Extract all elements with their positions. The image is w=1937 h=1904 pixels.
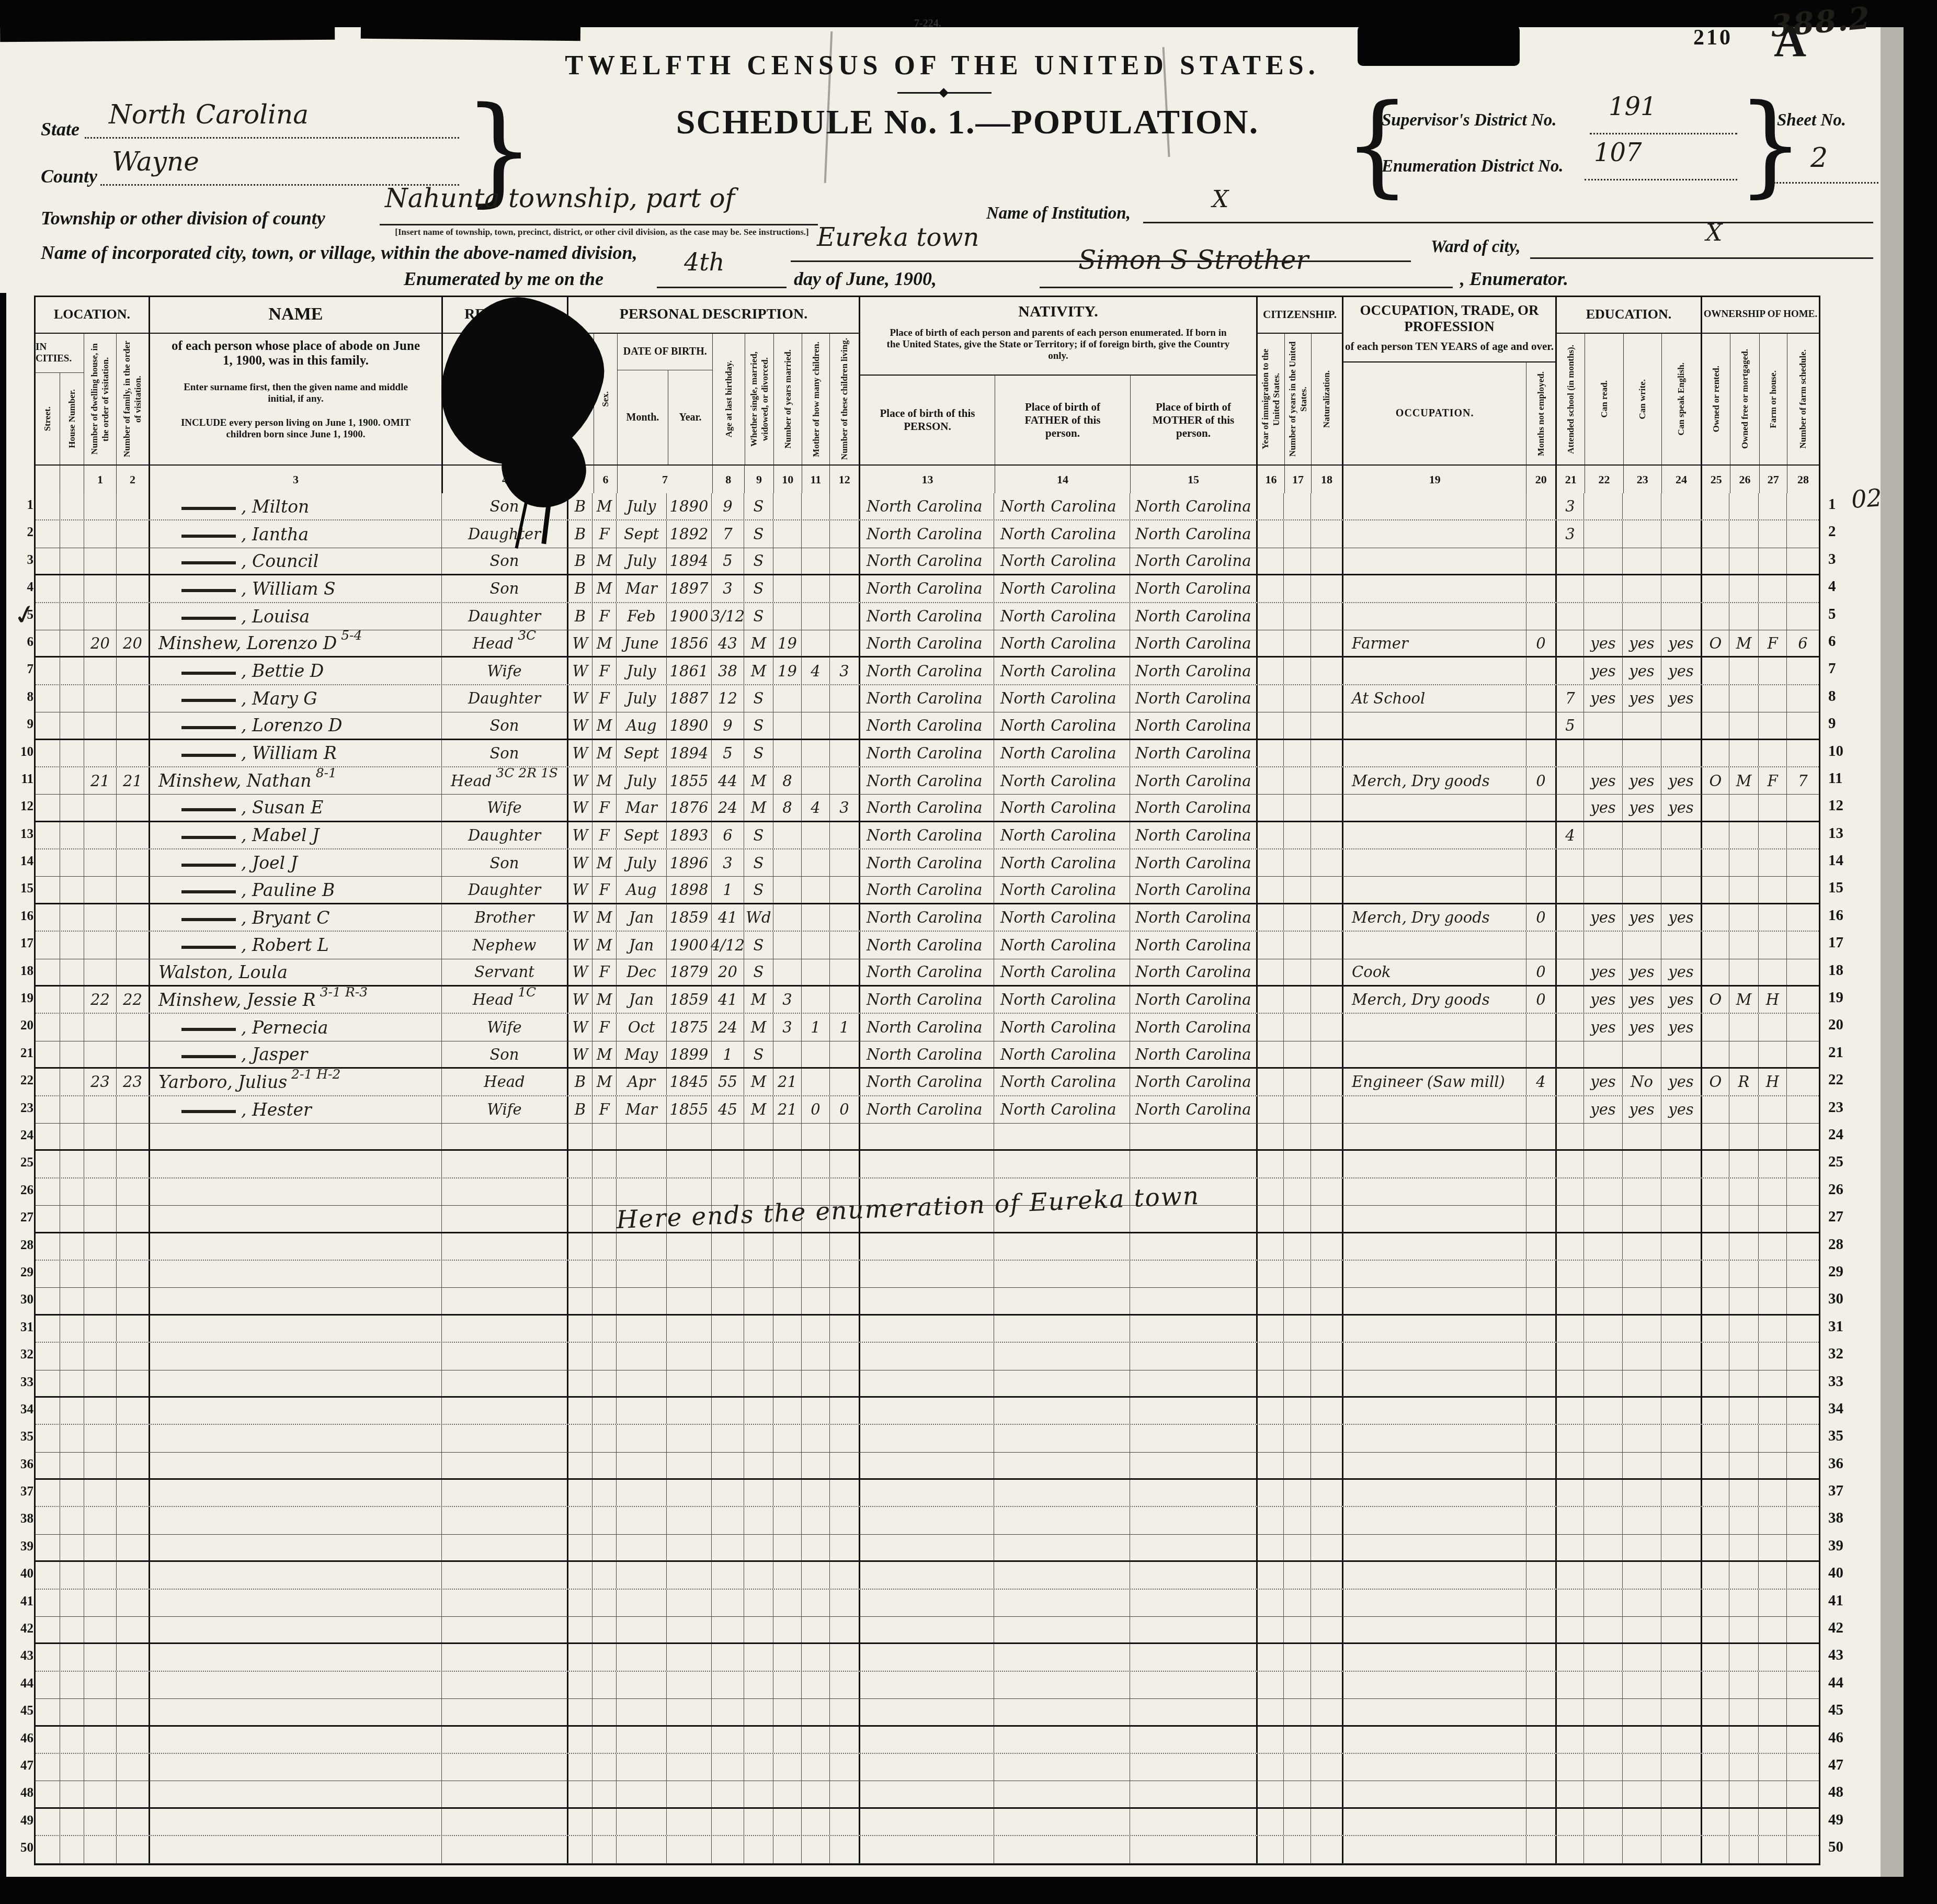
cell-own bbox=[1701, 1370, 1729, 1396]
cell-name: Yarboro, Julius2-1 H-2 bbox=[149, 1069, 441, 1095]
row-number: 8 bbox=[7, 684, 33, 711]
cell-en: yes bbox=[1661, 767, 1701, 794]
cell-mo bbox=[616, 1178, 666, 1205]
cell-mch bbox=[801, 685, 829, 712]
cell-st bbox=[36, 1453, 60, 1478]
cell-fam bbox=[116, 1754, 149, 1781]
cell-fs bbox=[1786, 1590, 1819, 1616]
cell-age bbox=[711, 1699, 744, 1725]
cell-mo bbox=[616, 1781, 666, 1807]
right-rownums: 1234567891011121314151617181920212223242… bbox=[1823, 491, 1852, 1861]
cell-c bbox=[567, 1343, 592, 1369]
cell-ms: S bbox=[744, 685, 773, 712]
cell-fh bbox=[1758, 520, 1786, 547]
cell-pb bbox=[859, 1233, 994, 1260]
enumerated-label: Enumerated by me on the bbox=[404, 268, 603, 290]
cell-c bbox=[567, 1151, 592, 1177]
cell-yus bbox=[1283, 1809, 1311, 1835]
cell-ym bbox=[773, 1398, 801, 1424]
cell-imm bbox=[1256, 877, 1283, 902]
cell-st bbox=[36, 1178, 60, 1205]
cell-age: 41 bbox=[711, 904, 744, 931]
cell-st bbox=[36, 1206, 60, 1231]
cell-cl bbox=[829, 1425, 859, 1452]
cell-nat bbox=[1311, 493, 1342, 519]
cell-pf bbox=[994, 1727, 1130, 1753]
cell-pb: North Carolina bbox=[859, 767, 994, 794]
cell-en bbox=[1661, 1370, 1701, 1396]
cell-pb bbox=[859, 1151, 994, 1177]
cell-st bbox=[36, 904, 60, 931]
cell-sch: 3 bbox=[1555, 520, 1583, 547]
cell-cl bbox=[829, 1699, 859, 1725]
cell-yr: 1845 bbox=[666, 1069, 711, 1095]
cell-nat bbox=[1311, 630, 1342, 656]
col-head-house-number: House Number. bbox=[66, 389, 77, 448]
col-head-age: Age at last birthday. bbox=[723, 360, 734, 437]
cell-s bbox=[592, 1699, 616, 1725]
row-number: 19 bbox=[1828, 984, 1852, 1011]
cell-fs bbox=[1786, 1041, 1819, 1067]
cell-rel: Servant bbox=[441, 959, 567, 985]
cell-fs bbox=[1786, 740, 1819, 766]
census-body: , MiltonSonBMJuly18909SNorth CarolinaNor… bbox=[36, 493, 1819, 1864]
cell-cl: 1 bbox=[829, 1014, 859, 1040]
cell-cl bbox=[829, 1398, 859, 1424]
cell-dw bbox=[84, 575, 116, 602]
cell-name: , Bettie D bbox=[149, 658, 441, 684]
cell-yr bbox=[666, 1672, 711, 1698]
cell-sch bbox=[1555, 1096, 1583, 1123]
cell-en bbox=[1661, 877, 1701, 902]
col-num-10: 10 bbox=[773, 466, 802, 493]
cell-nat bbox=[1311, 1781, 1342, 1807]
cell-pf bbox=[994, 1672, 1130, 1698]
cell-pf bbox=[994, 1343, 1130, 1369]
cell-rd bbox=[1583, 932, 1622, 958]
cell-en bbox=[1661, 520, 1701, 547]
cell-fh bbox=[1758, 1041, 1786, 1067]
cell-fam bbox=[116, 1644, 149, 1670]
cell-en bbox=[1661, 1644, 1701, 1670]
cell-s bbox=[592, 1206, 616, 1231]
cell-pm: North Carolina bbox=[1130, 849, 1256, 876]
cell-own bbox=[1701, 849, 1729, 876]
cell-rd: yes bbox=[1583, 658, 1622, 684]
cell-imm bbox=[1256, 1754, 1283, 1781]
cell-cl bbox=[829, 1041, 859, 1067]
cell-fh bbox=[1758, 685, 1786, 712]
cell-name bbox=[149, 1453, 441, 1478]
cell-occ bbox=[1342, 1535, 1526, 1560]
row-number: 36 bbox=[1828, 1450, 1852, 1477]
cell-c bbox=[567, 1590, 592, 1616]
cell-mo bbox=[616, 1233, 666, 1260]
cell-rel: Wife bbox=[441, 1014, 567, 1040]
cell-fs bbox=[1786, 1754, 1819, 1781]
cell-ym bbox=[773, 685, 801, 712]
cell-mo bbox=[616, 1754, 666, 1781]
cell-mne bbox=[1526, 712, 1555, 738]
table-row bbox=[36, 1727, 1819, 1754]
cell-en bbox=[1661, 1836, 1701, 1863]
cell-hn bbox=[60, 630, 84, 656]
table-row: , Robert LNephewWMJan19004/12SNorth Caro… bbox=[36, 932, 1819, 959]
cell-rel bbox=[441, 1453, 567, 1478]
cell-mtg bbox=[1729, 1178, 1758, 1205]
cell-hn bbox=[60, 1699, 84, 1725]
cell-st bbox=[36, 603, 60, 630]
cell-age: 44 bbox=[711, 767, 744, 794]
cell-own bbox=[1701, 1480, 1729, 1506]
col-head-pob-mother: Place of birth of MOTHER of this person. bbox=[1131, 401, 1256, 440]
cell-ym bbox=[773, 1644, 801, 1670]
cell-fs bbox=[1786, 1699, 1819, 1725]
cell-fh bbox=[1758, 1206, 1786, 1231]
cell-pf: North Carolina bbox=[994, 822, 1130, 848]
cell-own bbox=[1701, 932, 1729, 958]
cell-mtg bbox=[1729, 1507, 1758, 1534]
col-head-immigration: Year of immigration to the United States… bbox=[1260, 337, 1282, 461]
cell-st bbox=[36, 1425, 60, 1452]
cell-fs bbox=[1786, 795, 1819, 820]
cell-st bbox=[36, 1836, 60, 1863]
cell-age bbox=[711, 1507, 744, 1534]
right-margin-note: 02 bbox=[1850, 483, 1883, 514]
cell-en bbox=[1661, 1754, 1701, 1781]
cell-age: 7 bbox=[711, 520, 744, 547]
cell-ms bbox=[744, 1617, 773, 1642]
cell-mne: 0 bbox=[1526, 630, 1555, 656]
cell-pf bbox=[994, 1535, 1130, 1560]
cell-sch bbox=[1555, 1699, 1583, 1725]
cell-nat bbox=[1311, 877, 1342, 902]
cell-pb: North Carolina bbox=[859, 548, 994, 574]
cell-pm bbox=[1130, 1261, 1256, 1287]
row-number: 36 bbox=[7, 1451, 33, 1478]
cell-c bbox=[567, 1644, 592, 1670]
cell-fam bbox=[116, 1809, 149, 1835]
row-number: 31 bbox=[1828, 1313, 1852, 1340]
cell-age: 38 bbox=[711, 658, 744, 684]
cell-dw: 21 bbox=[84, 767, 116, 794]
row-number: 11 bbox=[7, 766, 33, 793]
cell-age bbox=[711, 1370, 744, 1396]
cell-name: , Pernecia bbox=[149, 1014, 441, 1040]
cell-mch bbox=[801, 959, 829, 985]
row-number: 24 bbox=[7, 1122, 33, 1149]
cell-occ bbox=[1342, 877, 1526, 902]
cell-occ bbox=[1342, 1343, 1526, 1369]
cell-c bbox=[567, 1699, 592, 1725]
form-code: 7-224. bbox=[914, 18, 941, 30]
cell-hn bbox=[60, 877, 84, 902]
name-desc-1: of each person whose place of abode on J… bbox=[150, 334, 441, 368]
col-num-22: 22 bbox=[1585, 466, 1623, 493]
institution-line bbox=[1143, 222, 1873, 223]
cell-pm bbox=[1130, 1644, 1256, 1670]
cell-mtg bbox=[1729, 520, 1758, 547]
cell-mne bbox=[1526, 685, 1555, 712]
cell-imm bbox=[1256, 1480, 1283, 1506]
cell-fam bbox=[116, 1480, 149, 1506]
cell-mo bbox=[616, 1480, 666, 1506]
cell-mch bbox=[801, 932, 829, 958]
cell-pf bbox=[994, 1809, 1130, 1835]
row-number: 26 bbox=[1828, 1176, 1852, 1203]
cell-age bbox=[711, 1781, 744, 1807]
cell-s: F bbox=[592, 520, 616, 547]
cell-yr bbox=[666, 1453, 711, 1478]
cell-ym: 19 bbox=[773, 630, 801, 656]
cell-mne bbox=[1526, 1507, 1555, 1534]
cell-en: yes bbox=[1661, 630, 1701, 656]
cell-hn bbox=[60, 1727, 84, 1753]
cell-pb bbox=[859, 1288, 994, 1313]
cell-s: M bbox=[592, 548, 616, 574]
ward-value: X bbox=[1706, 220, 1722, 246]
cell-rel: Head3C bbox=[441, 630, 567, 656]
section-ownership: OWNERSHIP OF HOME. Owned or rented. Owne… bbox=[1701, 297, 1819, 493]
cell-yus bbox=[1283, 1562, 1311, 1588]
cell-rd bbox=[1583, 575, 1622, 602]
cell-fh bbox=[1758, 1562, 1786, 1588]
cell-imm bbox=[1256, 1041, 1283, 1067]
cell-pb bbox=[859, 1480, 994, 1506]
row-number: 26 bbox=[7, 1177, 33, 1204]
cell-wr bbox=[1622, 1590, 1661, 1616]
row-number: 8 bbox=[1828, 683, 1852, 710]
cell-nat bbox=[1311, 1370, 1342, 1396]
cell-mne bbox=[1526, 493, 1555, 519]
cell-name: , Council bbox=[149, 548, 441, 574]
cell-cl bbox=[829, 1754, 859, 1781]
cell-en bbox=[1661, 575, 1701, 602]
cell-mne bbox=[1526, 932, 1555, 958]
cell-fam bbox=[116, 1316, 149, 1342]
cell-occ bbox=[1342, 1288, 1526, 1313]
cell-rd bbox=[1583, 877, 1622, 902]
cell-rel: Head bbox=[441, 1069, 567, 1095]
cell-imm bbox=[1256, 1178, 1283, 1205]
cell-name bbox=[149, 1124, 441, 1149]
cell-fs bbox=[1786, 1316, 1819, 1342]
cell-ym bbox=[773, 1370, 801, 1396]
cell-rel: Head3C 2R 1S bbox=[441, 767, 567, 794]
col-num-13: 13 bbox=[860, 466, 995, 493]
cell-yr bbox=[666, 1809, 711, 1835]
cell-yus bbox=[1283, 1480, 1311, 1506]
cell-yus bbox=[1283, 1507, 1311, 1534]
cell-pm bbox=[1130, 1425, 1256, 1452]
col-head-pob-father: Place of birth of FATHER of this person. bbox=[995, 401, 1130, 440]
cell-pm: North Carolina bbox=[1130, 685, 1256, 712]
cell-c bbox=[567, 1836, 592, 1863]
cell-nat bbox=[1311, 1398, 1342, 1424]
cell-rel: Daughter bbox=[441, 877, 567, 902]
cell-wr bbox=[1622, 1754, 1661, 1781]
cell-age: 6 bbox=[711, 822, 744, 848]
cell-mtg bbox=[1729, 1124, 1758, 1149]
table-row bbox=[36, 1151, 1819, 1178]
cell-imm bbox=[1256, 548, 1283, 574]
cell-imm bbox=[1256, 1288, 1283, 1313]
cell-fam bbox=[116, 1507, 149, 1534]
cell-yus bbox=[1283, 795, 1311, 820]
cell-rel bbox=[441, 1288, 567, 1313]
table-row: 2020Minshew, Lorenzo D5-4Head3CWMJune185… bbox=[36, 630, 1819, 658]
cell-st bbox=[36, 1069, 60, 1095]
cell-fh bbox=[1758, 1644, 1786, 1670]
row-number: 44 bbox=[7, 1670, 33, 1697]
cell-yus bbox=[1283, 822, 1311, 848]
cell-c: W bbox=[567, 877, 592, 902]
row-number: 45 bbox=[7, 1697, 33, 1725]
cell-sch bbox=[1555, 1288, 1583, 1313]
col-head-school: Attended school (in months). bbox=[1565, 345, 1576, 454]
cell-rd bbox=[1583, 1233, 1622, 1260]
cell-fh: H bbox=[1758, 987, 1786, 1013]
cell-pb bbox=[859, 1370, 994, 1396]
col-head-sex: Sex. bbox=[600, 391, 611, 407]
cell-pf: North Carolina bbox=[994, 959, 1130, 985]
cell-wr: yes bbox=[1622, 987, 1661, 1013]
cell-fh bbox=[1758, 1809, 1786, 1835]
cell-own bbox=[1701, 1781, 1729, 1807]
cell-fs: 7 bbox=[1786, 767, 1819, 794]
cell-mtg bbox=[1729, 1206, 1758, 1231]
cell-hn bbox=[60, 1124, 84, 1149]
enumeration-label: Enumeration District No. bbox=[1382, 157, 1563, 176]
cell-age bbox=[711, 1836, 744, 1863]
cell-ms: S bbox=[744, 520, 773, 547]
cell-hn bbox=[60, 1288, 84, 1313]
cell-sch bbox=[1555, 877, 1583, 902]
cell-mne bbox=[1526, 1617, 1555, 1642]
cell-occ: Engineer (Saw mill) bbox=[1342, 1069, 1526, 1095]
cell-mo: June bbox=[616, 630, 666, 656]
cell-st bbox=[36, 1041, 60, 1067]
cell-occ bbox=[1342, 1727, 1526, 1753]
cell-dw bbox=[84, 1480, 116, 1506]
cell-fh bbox=[1758, 1370, 1786, 1396]
row-number: 21 bbox=[7, 1040, 33, 1067]
cell-occ bbox=[1342, 1809, 1526, 1835]
col-num-28: 28 bbox=[1787, 466, 1819, 493]
cell-wr bbox=[1622, 932, 1661, 958]
table-row bbox=[36, 1699, 1819, 1726]
cell-s: M bbox=[592, 740, 616, 766]
cell-pb bbox=[859, 1809, 994, 1835]
cell-mne bbox=[1526, 1562, 1555, 1588]
cell-pb bbox=[859, 1124, 994, 1149]
cell-sch bbox=[1555, 630, 1583, 656]
supervisor-label: Supervisor's District No. bbox=[1382, 111, 1557, 130]
cell-occ: Merch, Dry goods bbox=[1342, 904, 1526, 931]
cell-en: yes bbox=[1661, 685, 1701, 712]
cell-age bbox=[711, 1809, 744, 1835]
cell-wr: yes bbox=[1622, 904, 1661, 931]
cell-c bbox=[567, 1124, 592, 1149]
cell-wr bbox=[1622, 493, 1661, 519]
cell-rd bbox=[1583, 548, 1622, 574]
cell-dw bbox=[84, 1699, 116, 1725]
cell-rd bbox=[1583, 1727, 1622, 1753]
cell-ym bbox=[773, 1453, 801, 1478]
cell-yus bbox=[1283, 630, 1311, 656]
cell-fs bbox=[1786, 1425, 1819, 1452]
cell-wr bbox=[1622, 603, 1661, 630]
cell-fam bbox=[116, 1398, 149, 1424]
cell-nat bbox=[1311, 1535, 1342, 1560]
cell-s bbox=[592, 1425, 616, 1452]
cell-mtg bbox=[1729, 1096, 1758, 1123]
cell-fs bbox=[1786, 932, 1819, 958]
cell-yus bbox=[1283, 1699, 1311, 1725]
cell-ym bbox=[773, 1672, 801, 1698]
cell-age: 5 bbox=[711, 548, 744, 574]
cell-rd bbox=[1583, 520, 1622, 547]
cell-s: M bbox=[592, 630, 616, 656]
cell-mne bbox=[1526, 658, 1555, 684]
cell-name: , Mabel J bbox=[149, 822, 441, 848]
cell-st bbox=[36, 767, 60, 794]
cell-st bbox=[36, 1233, 60, 1260]
cell-st bbox=[36, 795, 60, 820]
col-num-25: 25 bbox=[1702, 466, 1730, 493]
cell-cl bbox=[829, 1672, 859, 1698]
cell-hn bbox=[60, 932, 84, 958]
cell-yus bbox=[1283, 1754, 1311, 1781]
cell-dw bbox=[84, 877, 116, 902]
cell-mo: July bbox=[616, 685, 666, 712]
cell-nat bbox=[1311, 822, 1342, 848]
cell-fam bbox=[116, 795, 149, 820]
cell-hn bbox=[60, 740, 84, 766]
row-number: 7 bbox=[1828, 655, 1852, 682]
cell-ym bbox=[773, 493, 801, 519]
cell-dw bbox=[84, 1809, 116, 1835]
row-number: 34 bbox=[7, 1396, 33, 1423]
cell-rd bbox=[1583, 1206, 1622, 1231]
cell-dw bbox=[84, 1617, 116, 1642]
table-row bbox=[36, 1809, 1819, 1836]
cell-rel: Head1C bbox=[441, 987, 567, 1013]
row-number: 28 bbox=[1828, 1231, 1852, 1258]
table-row bbox=[36, 1261, 1819, 1288]
cell-own bbox=[1701, 548, 1729, 574]
cell-pb bbox=[859, 1617, 994, 1642]
cell-ms bbox=[744, 1124, 773, 1149]
cell-mtg bbox=[1729, 1754, 1758, 1781]
cell-fs bbox=[1786, 548, 1819, 574]
cell-imm bbox=[1256, 1096, 1283, 1123]
ward-label: Ward of city, bbox=[1431, 237, 1520, 257]
cell-cl bbox=[829, 904, 859, 931]
cell-ym: 19 bbox=[773, 658, 801, 684]
cell-nat bbox=[1311, 1151, 1342, 1177]
cell-pb bbox=[859, 1781, 994, 1807]
cell-rel bbox=[441, 1480, 567, 1506]
cell-pm: North Carolina bbox=[1130, 520, 1256, 547]
cell-fs bbox=[1786, 1480, 1819, 1506]
cell-nat bbox=[1311, 1316, 1342, 1342]
cell-s bbox=[592, 1617, 616, 1642]
cell-yr: 1890 bbox=[666, 712, 711, 738]
cell-name: , Robert L bbox=[149, 932, 441, 958]
table-row: , Bettie DWifeWFJuly186138M1943North Car… bbox=[36, 658, 1819, 685]
cell-occ bbox=[1342, 1754, 1526, 1781]
